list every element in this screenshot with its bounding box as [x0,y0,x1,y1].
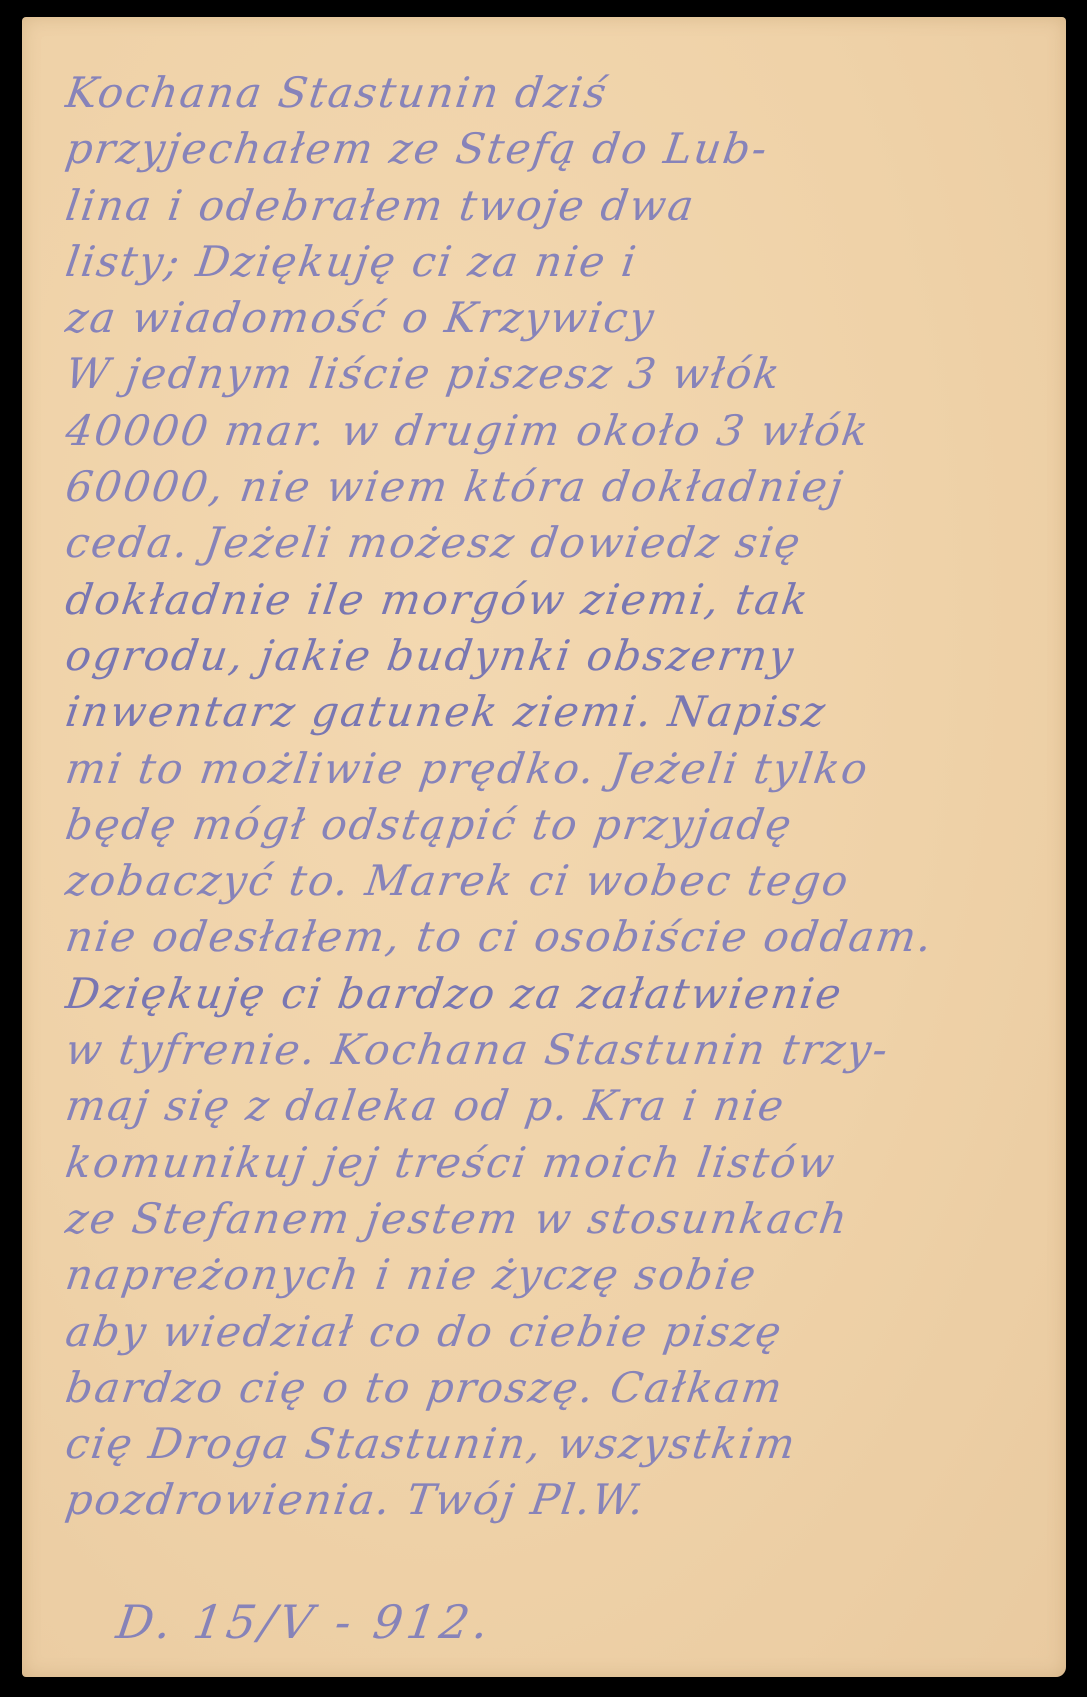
letter-line: maj się z daleka od p. Kra i nie [62,1078,1060,1134]
postcard: Kochana Stastunin dziś przyjechałem ze S… [22,17,1066,1677]
letter-line: aby wiedział co do ciebie piszę [62,1304,1060,1360]
letter-line: nie odesłałem, to ci osobiście oddam. [62,909,1060,965]
letter-line: 60000, nie wiem która dokładniej [62,459,1060,515]
letter-line: cię Droga Stastunin, wszystkim [62,1416,1060,1472]
letter-line: inwentarz gatunek ziemi. Napisz [62,684,1060,740]
letter-line: pozdrowienia. Twój Pl.W. [62,1472,1060,1528]
letter-line: napreżonych i nie życzę sobie [62,1247,1060,1303]
letter-line: przyjechałem ze Stefą do Lub- [62,121,1060,177]
letter-line: ceda. Jeżeli możesz dowiedz się [62,515,1060,571]
letter-line: będę mógł odstąpić to przyjadę [62,797,1060,853]
letter-line: za wiadomość o Krzywicy [62,290,1060,346]
letter-line: listy; Dziękuję ci za nie i [62,234,1060,290]
letter-date: D. 15/V - 912. [113,1595,496,1649]
letter-line: 40000 mar. w drugim około 3 włók [62,403,1060,459]
letter-line: w tyfrenie. Kochana Stastunin trzy- [62,1022,1060,1078]
letter-line: W jednym liście piszesz 3 włók [62,346,1060,402]
letter-line: zobaczyć to. Marek ci wobec tego [62,853,1060,909]
letter-line: komunikuj jej treści moich listów [62,1135,1060,1191]
letter-line: lina i odebrałem twoje dwa [62,178,1060,234]
letter-line: ze Stefanem jestem w stosunkach [62,1191,1060,1247]
letter-line: dokładnie ile morgów ziemi, tak [62,572,1060,628]
letter-line: Dziękuję ci bardzo za załatwienie [62,966,1060,1022]
letter-line: Kochana Stastunin dziś [62,65,1060,121]
letter-line: mi to możliwie prędko. Jeżeli tylko [62,741,1060,797]
letter-line: bardzo cię o to proszę. Całkam [62,1360,1060,1416]
handwritten-letter: Kochana Stastunin dziś przyjechałem ze S… [62,65,1052,1529]
letter-line: ogrodu, jakie budynki obszerny [62,628,1060,684]
